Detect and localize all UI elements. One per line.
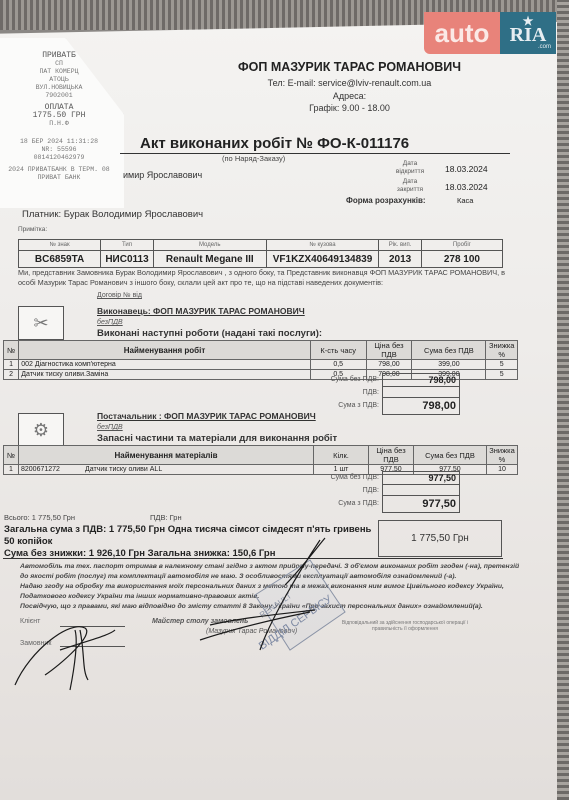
executor: Виконавець: ФОП МАЗУРИК ТАРАС РОМАНОВИЧ — [97, 306, 305, 316]
company-name: ФОП МАЗУРИК ТАРАС РОМАНОВИЧ — [0, 60, 569, 74]
works-vat-note: безПДВ — [97, 319, 123, 326]
vehicle-table: № знак Тип Модель № кузова Рік. вип. Про… — [18, 239, 503, 268]
customer-name-partial: имир Ярославович — [123, 170, 202, 180]
plate-number: BC6859TA — [19, 251, 101, 268]
company-schedule: Графік: 9.00 - 18.00 — [0, 103, 569, 113]
parts-sum-no-vat: 977,50 — [382, 471, 460, 484]
parts-vat-note: безПДВ — [97, 424, 123, 431]
contract-reference: Договір № від — [97, 292, 142, 299]
works-totals: Сума без ПДВ:798,00 ПДВ: Сума з ПДВ:798,… — [300, 373, 460, 412]
company-address: Адреса: — [0, 91, 569, 101]
payer: Платник: Бурак Володимир Ярославович — [22, 209, 203, 220]
table-row: 1 002 Діагностика комп'ютерна 0,5 798,00… — [4, 360, 518, 370]
works-sum-no-vat: 798,00 — [382, 373, 460, 386]
date-open: 18.03.2024 — [445, 164, 488, 174]
works-sum-with-vat: 798,00 — [382, 397, 460, 415]
part-name: Датчик тиску оливи ALL — [83, 465, 314, 475]
parts-header-row: № Найменування матеріалів Кілк. Ціна без… — [4, 446, 518, 465]
works-subtitle: Виконані наступні роботи (надані такі по… — [97, 328, 322, 339]
supplier: Постачальник : ФОП МАЗУРИК ТАРАС РОМАНОВ… — [97, 411, 316, 421]
note-label: Примітка: — [18, 226, 47, 233]
stamp: ВІДДІЛ СЕРВІСУ RENAULT — [255, 560, 345, 652]
handwritten-signature — [15, 538, 325, 690]
year: 2013 — [379, 251, 421, 268]
vin: VF1KZX40649134839 — [266, 251, 379, 268]
act-title: Акт виконаних робіт № ФО-К-011176 — [140, 135, 409, 152]
date-close: 18.03.2024 — [445, 182, 488, 192]
mileage: 278 100 — [421, 251, 502, 268]
watermark-auto: auto — [424, 12, 500, 54]
vehicle-header-row: № знак Тип Модель № кузова Рік. вип. Про… — [19, 240, 503, 251]
vehicle-type: НИС0113 — [101, 251, 154, 268]
vehicle-values-row: BC6859TA НИС0113 Renault Megane III VF1K… — [19, 251, 503, 268]
parts-subtitle: Запасні частини та матеріали для виконан… — [97, 433, 337, 444]
date-close-label: Дата закриття — [392, 178, 428, 194]
signatures-and-stamp: ВІДДІЛ СЕРВІСУ RENAULT — [0, 500, 569, 700]
autoria-watermark: auto ★ RIA .com — [424, 12, 556, 54]
payment-method: Каса — [457, 196, 473, 205]
parts-icon: ⚙ — [18, 413, 64, 447]
watermark-ria: ★ RIA .com — [500, 12, 556, 54]
intro-paragraph: Ми, представник Замовника Бурак Володими… — [18, 268, 518, 288]
act-subtitle: (по Наряд-Заказу) — [222, 154, 285, 163]
title-divider — [120, 153, 510, 154]
part-number: 8200671272 — [19, 465, 84, 475]
works-header-row: № Найменування робіт К-сть часу Ціна без… — [4, 341, 518, 360]
date-open-label: Дата відкриття — [392, 160, 428, 176]
company-contacts: Тел: E-mail: service@lviv-renault.com.ua — [0, 78, 569, 88]
payment-label: Форма розрахунків: — [346, 196, 426, 205]
wrench-icon: ✂ — [18, 306, 64, 340]
vehicle-model: Renault Megane III — [153, 251, 266, 268]
